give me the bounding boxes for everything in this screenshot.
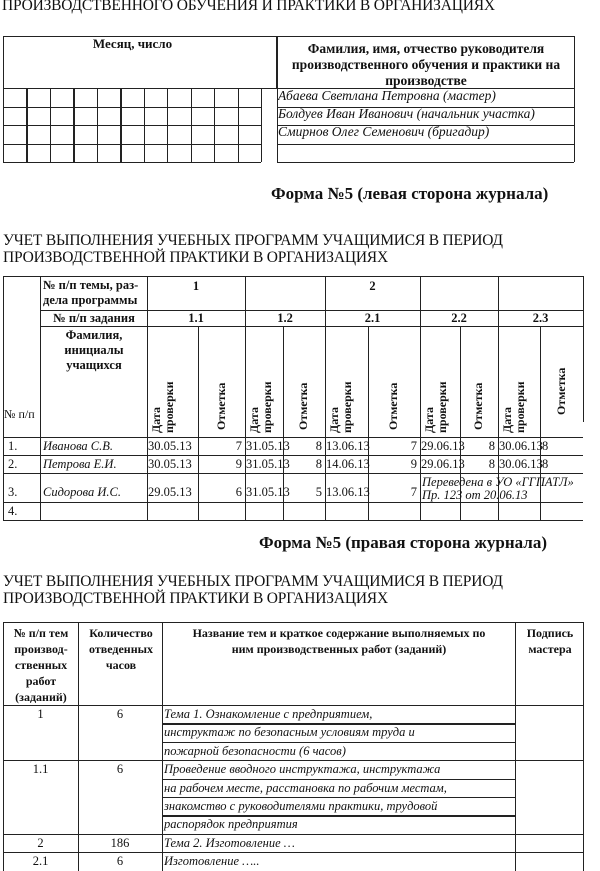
- header-line: проверки: [261, 381, 274, 433]
- heading-line: УЧЕТ ВЫПОЛНЕНИЯ УЧЕБНЫХ ПРОГРАММ УЧАЩИМИ…: [3, 232, 503, 249]
- date-checked: 29.05.13: [148, 485, 197, 499]
- mark-value: 8: [460, 439, 495, 453]
- supervisor-header: Фамилия, имя, отчество руководителя прои…: [278, 41, 574, 89]
- table-border: [277, 162, 574, 163]
- table-border: [515, 852, 583, 853]
- table-border: [26, 88, 27, 162]
- table-border: [277, 107, 574, 108]
- mark-header: Отметка: [215, 383, 228, 430]
- content-text: на рабочем месте, расстановка по рабочим…: [164, 781, 513, 795]
- student-label-line: инициалы: [40, 343, 148, 358]
- form-right-title: Форма №5 (правая сторона журнала): [259, 533, 547, 553]
- header-line: проверки: [163, 381, 176, 433]
- date-checked-header: Датапроверки: [150, 381, 176, 433]
- task-number: 1: [3, 707, 78, 721]
- task-number: 2.3: [498, 311, 583, 325]
- table-border: [40, 326, 583, 327]
- table-border: [3, 520, 583, 521]
- table-border: [3, 276, 4, 520]
- supervisor-header-line: Фамилия, имя, отчество руководителя: [278, 41, 574, 57]
- header-line: Подпись: [516, 625, 584, 641]
- date-checked-header: Датапроверки: [328, 381, 354, 433]
- table-border: [583, 622, 584, 871]
- date-checked: 31.05.13: [246, 485, 282, 499]
- supervisor-row: Болдуев Иван Иванович (начальник участка…: [278, 107, 535, 121]
- date-checked: 31.05.13: [246, 457, 282, 471]
- date-checked: 30.06.13: [499, 439, 539, 453]
- mark-value: 8: [542, 457, 556, 471]
- theme-label-line: дела программы: [43, 293, 138, 308]
- hours-value: 6: [78, 762, 162, 776]
- date-checked: 29.06.13: [421, 457, 459, 471]
- date-checked: 30.06.13: [499, 457, 539, 471]
- task-number: 1.1: [147, 311, 245, 325]
- supervisor-row: Смирнов Олег Семенович (бригадир): [278, 125, 489, 139]
- table-border: [277, 125, 574, 126]
- student-label: Фамилия, инициалы учащихся: [40, 328, 148, 373]
- table-border: [3, 502, 583, 503]
- task-number: 1.2: [245, 311, 325, 325]
- table-border: [167, 88, 168, 162]
- content-text: распорядок предприятия: [164, 817, 513, 831]
- header-line: часов: [79, 657, 163, 673]
- header-line: проверки: [341, 381, 354, 433]
- transfer-note: Переведена в УО «ГГПАТЛ»: [422, 475, 582, 489]
- mark-value: 7: [368, 485, 417, 499]
- theme-label-line: № п/п темы, раз-: [43, 278, 138, 293]
- mark-value: 8: [283, 457, 322, 471]
- table-border: [3, 162, 261, 163]
- table-border: [3, 88, 277, 89]
- table-border: [277, 88, 574, 89]
- mark-value: 5: [283, 485, 322, 499]
- date-checked: 30.05.13: [148, 457, 197, 471]
- content-header: Название тем и краткое содержание выполн…: [163, 625, 515, 657]
- table-border: [238, 88, 239, 162]
- task-number: 2: [3, 836, 78, 850]
- date-checked: 29.06.13: [421, 439, 459, 453]
- content-text: инструктаж по безопасным условиям труда …: [164, 725, 513, 739]
- table-border: [277, 36, 574, 37]
- task-number: 2.2: [420, 311, 498, 325]
- hours-header: Количество отведенных часов: [79, 625, 163, 673]
- heading-line: ПРОИЗВОДСТВЕННОЙ ПРАКТИКИ В ОРГАНИЗАЦИЯХ: [3, 249, 503, 266]
- form-left-title: Форма №5 (левая сторона журнала): [271, 184, 548, 204]
- content-text: Тема 2. Изготовление …: [164, 836, 513, 850]
- date-checked-header: Датапроверки: [501, 381, 527, 433]
- table-border: [97, 88, 98, 162]
- row-number: 4.: [8, 504, 36, 518]
- header-line: проверки: [514, 381, 527, 433]
- theme-number: 2: [325, 279, 420, 293]
- student-name: Иванова С.В.: [43, 439, 147, 453]
- header-line: работ: [3, 673, 79, 689]
- table-border: [574, 36, 575, 162]
- mark-value: 8: [542, 439, 556, 453]
- date-checked: 31.05.13: [246, 439, 282, 453]
- table-border: [277, 144, 574, 145]
- supervisor-header-line: производстве: [278, 73, 574, 89]
- task-number: 2.1: [325, 311, 420, 325]
- row-number-label: № п/п: [4, 407, 35, 421]
- content-text: знакомство с руководителями практики, тр…: [164, 799, 513, 813]
- table-border: [144, 88, 145, 162]
- mark-header: Отметка: [387, 383, 400, 430]
- content-text: Изготовление …..: [164, 854, 513, 868]
- month-day-header: Месяц, число: [3, 37, 262, 51]
- table-border: [50, 88, 51, 162]
- hours-value: 6: [78, 707, 162, 721]
- table-border: [40, 276, 41, 520]
- date-checked: 13.06.13: [326, 439, 367, 453]
- table-border: [3, 107, 261, 108]
- table-border: [3, 276, 583, 277]
- date-checked: 30.05.13: [148, 439, 197, 453]
- mark-value: 7: [368, 439, 417, 453]
- signature-header: Подпись мастера: [516, 625, 584, 657]
- mark-header: Отметка: [472, 383, 485, 430]
- supervisor-header-line: производственного обучения и практики на: [278, 57, 574, 73]
- task-number: 1.1: [3, 762, 78, 776]
- header-line: ним производственных работ (заданий): [163, 641, 515, 657]
- theme-number: 1: [147, 279, 245, 293]
- table-border: [214, 88, 215, 162]
- row-number: 3.: [8, 485, 36, 499]
- theme-label: № п/п темы, раз- дела программы: [43, 278, 138, 308]
- hours-value: 186: [78, 836, 162, 850]
- header-line: мастера: [516, 641, 584, 657]
- content-text: Проведение вводного инструктажа, инструк…: [164, 762, 513, 776]
- student-label-line: учащихся: [40, 358, 148, 373]
- header-line: Количество: [79, 625, 163, 641]
- content-text: Тема 1. Ознакомление с предприятием,: [164, 707, 513, 721]
- table-border: [515, 834, 583, 835]
- table-border: [3, 144, 261, 145]
- header-line: проверки: [436, 381, 449, 433]
- date-checked: 13.06.13: [326, 485, 367, 499]
- top-heading: ПРОИЗВОДСТВЕННОГО ОБУЧЕНИЯ И ПРАКТИКИ В …: [2, 0, 495, 15]
- mark-value: 8: [283, 439, 322, 453]
- mark-value: 9: [368, 457, 417, 471]
- mark-value: 7: [198, 439, 242, 453]
- task-number-header: № п/п тем производ- ственных работ (зада…: [3, 625, 79, 705]
- hours-value: 6: [78, 854, 162, 868]
- table-border: [515, 760, 583, 761]
- header-line: Название тем и краткое содержание выполн…: [163, 625, 515, 641]
- table-border: [583, 276, 584, 422]
- table-border: [261, 88, 262, 162]
- student-name: Петрова Е.И.: [43, 457, 147, 471]
- table-border: [3, 88, 4, 162]
- transfer-note: Пр. 123 от 20.06.13: [422, 488, 582, 502]
- header-line: № п/п тем: [3, 625, 79, 641]
- date-checked: 14.06.13: [326, 457, 367, 471]
- content-text: пожарной безопасности (6 часов): [164, 744, 513, 758]
- mark-value: 8: [460, 457, 495, 471]
- row-number: 1.: [8, 439, 36, 453]
- supervisor-row: Абаева Светлана Петровна (мастер): [278, 89, 496, 103]
- header-line: отведенных: [79, 641, 163, 657]
- table-border: [3, 622, 583, 623]
- form-right-heading: УЧЕТ ВЫПОЛНЕНИЯ УЧЕБНЫХ ПРОГРАММ УЧАЩИМИ…: [3, 573, 503, 607]
- table-border: [191, 88, 192, 162]
- form-left-heading: УЧЕТ ВЫПОЛНЕНИЯ УЧЕБНЫХ ПРОГРАММ УЧАЩИМИ…: [3, 232, 503, 266]
- heading-line: ПРОИЗВОДСТВЕННОЙ ПРАКТИКИ В ОРГАНИЗАЦИЯХ: [3, 590, 503, 607]
- date-checked-header: Датапроверки: [248, 381, 274, 433]
- mark-value: 6: [198, 485, 242, 499]
- table-border: [73, 88, 74, 162]
- header-line: (заданий): [3, 689, 79, 705]
- header-line: производ-: [3, 641, 79, 657]
- header-line: ственных: [3, 657, 79, 673]
- student-label-line: Фамилия,: [40, 328, 148, 343]
- table-border: [120, 88, 121, 162]
- student-name: Сидорова И.С.: [43, 485, 147, 499]
- mark-value: 9: [198, 457, 242, 471]
- mark-header: Отметка: [555, 368, 568, 415]
- row-number: 2.: [8, 457, 36, 471]
- task-label: № п/п задания: [40, 311, 148, 325]
- date-checked-header: Датапроверки: [423, 381, 449, 433]
- task-number: 2.1: [3, 854, 78, 868]
- heading-line: УЧЕТ ВЫПОЛНЕНИЯ УЧЕБНЫХ ПРОГРАММ УЧАЩИМИ…: [3, 573, 503, 590]
- table-border: [3, 125, 261, 126]
- table-border: [3, 36, 277, 37]
- mark-header: Отметка: [297, 383, 310, 430]
